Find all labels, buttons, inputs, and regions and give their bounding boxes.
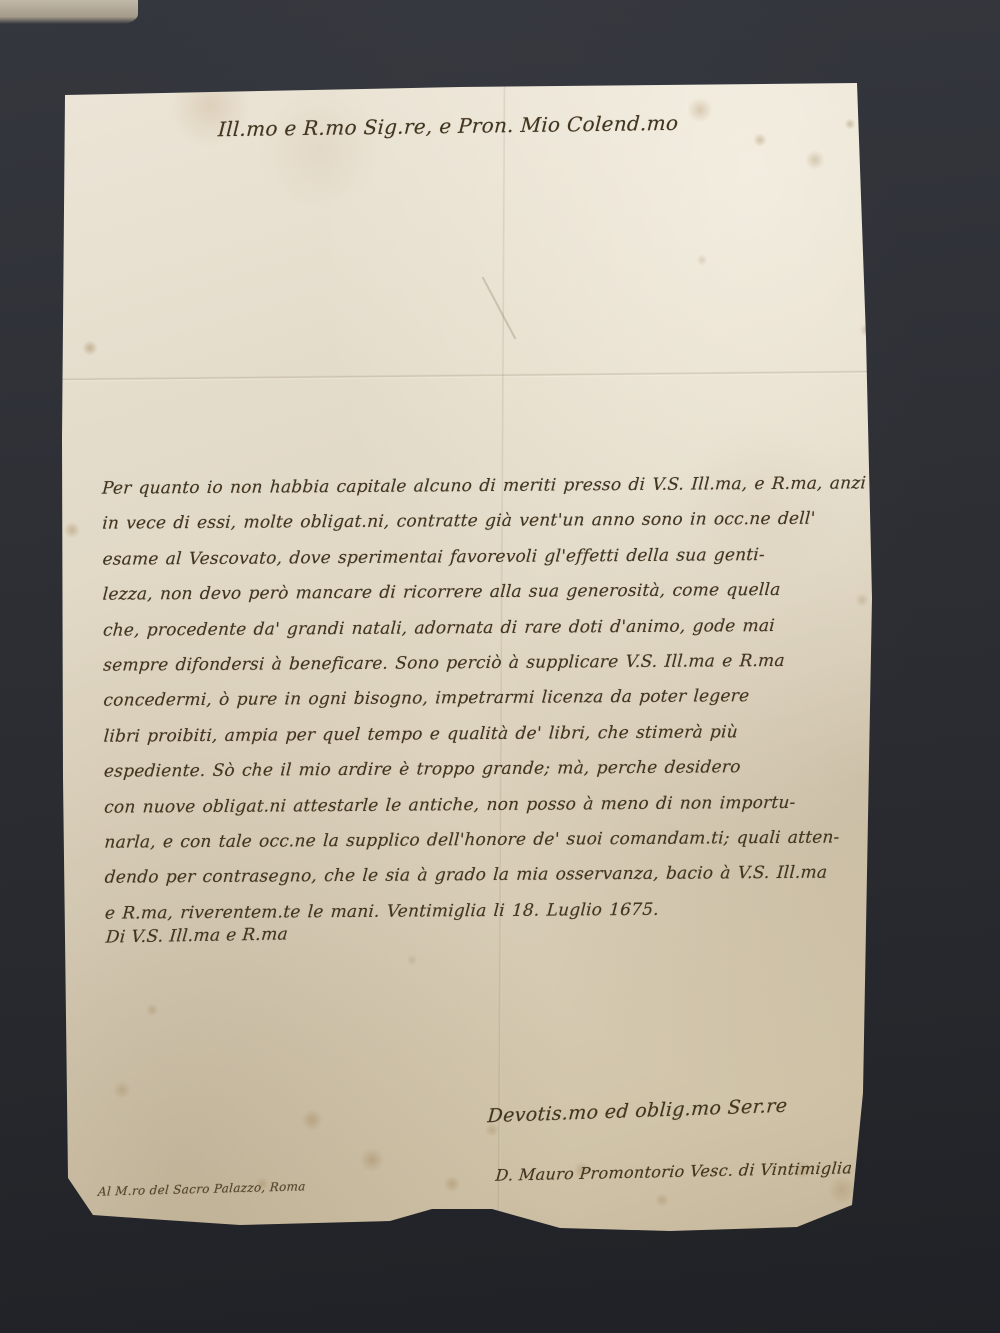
body-line: che, procedente da' grandi natali, adorn…: [101, 615, 867, 656]
body-line: concedermi, ò pure in ogni bisogno, impe…: [102, 686, 868, 727]
valediction-line: Devotis.mo ed oblig.mo Ser.re: [487, 1095, 788, 1127]
body-line: dendo per contrasegno, che le sia à grad…: [103, 863, 869, 904]
diagonal-crease: [482, 277, 517, 340]
body-line: Per quanto io non habbia capitale alcuno…: [100, 473, 866, 514]
body-line: espediente. Sò che il mio ardire è tropp…: [102, 756, 868, 797]
horizontal-fold-crease: [60, 370, 875, 382]
background-corner-object: [0, 0, 138, 24]
letter-photo: Ill.mo e R.mo Sig.re, e Pron. Mio Colend…: [0, 0, 1000, 1333]
signature-line: D. Mauro Promontorio Vesc. di Vintimigli…: [495, 1158, 853, 1184]
letter-paper: Ill.mo e R.mo Sig.re, e Pron. Mio Colend…: [60, 78, 875, 1238]
body-line: esame al Vescovato, dove sperimentai fav…: [101, 544, 867, 585]
body-line: libri proibiti, ampia per quel tempo e q…: [102, 721, 868, 762]
body-line: narla, e con tale occ.ne la supplico del…: [103, 827, 869, 868]
body-line: sempre difondersi à beneficare. Sono per…: [102, 650, 868, 691]
body-line: con nuove obligat.ni attestarle le antic…: [103, 792, 869, 833]
subscription-line: Di V.S. Ill.ma e R.ma: [105, 924, 289, 947]
body-line: lezza, non devo però mancare di ricorrer…: [101, 579, 867, 620]
letter-body: Per quanto io non habbia capitale alcuno…: [101, 473, 868, 938]
docket-annotation: Al M.ro del Sacro Palazzo, Roma: [98, 1179, 307, 1198]
body-line: in vece di essi, molte obligat.ni, contr…: [101, 509, 867, 550]
salutation-line: Ill.mo e R.mo Sig.re, e Pron. Mio Colend…: [217, 111, 679, 141]
